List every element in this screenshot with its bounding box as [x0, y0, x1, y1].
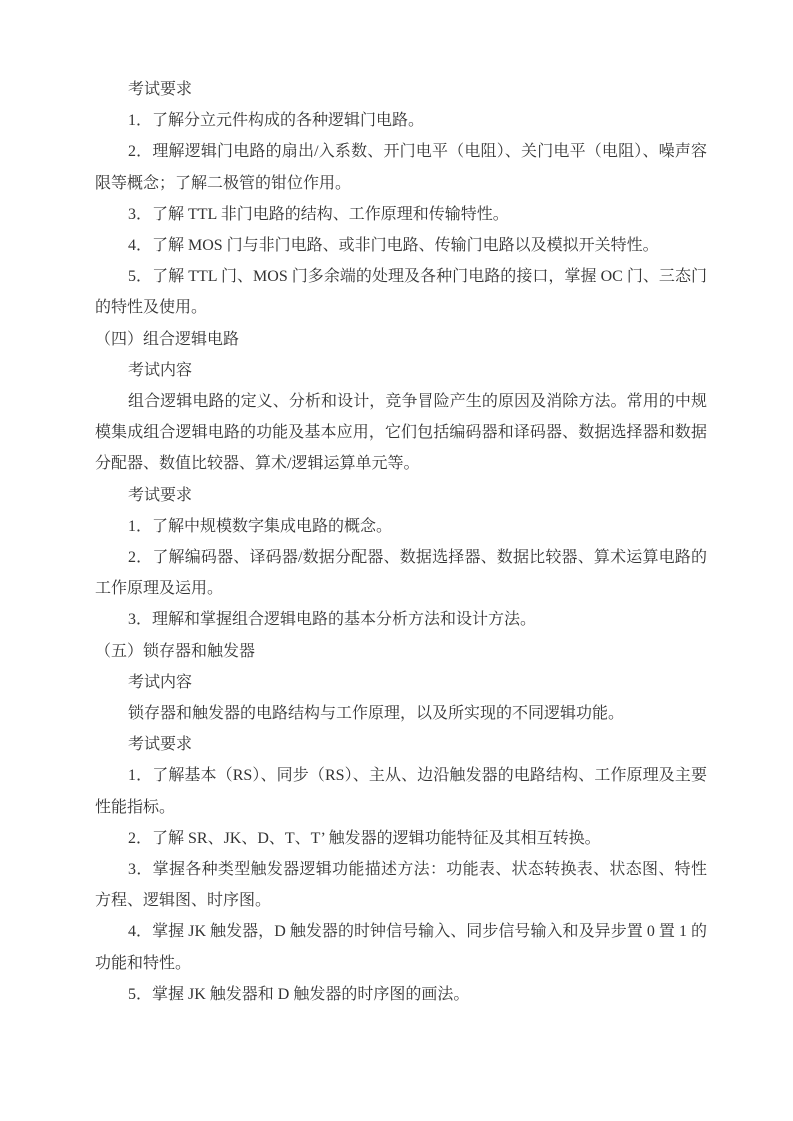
section-heading: （五）锁存器和触发器 — [95, 636, 707, 667]
exam-label: 考试要求 — [95, 480, 707, 511]
exam-label: 考试要求 — [95, 729, 707, 760]
list-item: 3．了解 TTL 非门电路的结构、工作原理和传输特性。 — [95, 199, 707, 230]
section-heading: （四）组合逻辑电路 — [95, 324, 707, 355]
exam-label: 考试内容 — [95, 667, 707, 698]
exam-label: 考试要求 — [95, 74, 707, 105]
list-item: 3．掌握各种类型触发器逻辑功能描述方法：功能表、状态转换表、状态图、特性方程、逻… — [95, 854, 707, 916]
body-paragraph: 锁存器和触发器的电路结构与工作原理，以及所实现的不同逻辑功能。 — [95, 698, 707, 729]
list-item: 1．了解基本（RS）、同步（RS）、主从、边沿触发器的电路结构、工作原理及主要性… — [95, 760, 707, 822]
list-item: 2．了解编码器、译码器/数据分配器、数据选择器、数据比较器、算术运算电路的工作原… — [95, 542, 707, 604]
list-item: 1．了解分立元件构成的各种逻辑门电路。 — [95, 105, 707, 136]
list-item: 2．理解逻辑门电路的扇出/入系数、开门电平（电阻）、关门电平（电阻）、噪声容限等… — [95, 136, 707, 198]
list-item: 4．掌握 JK 触发器，D 触发器的时钟信号输入、同步信号输入和及异步置 0 置… — [95, 916, 707, 978]
exam-label: 考试内容 — [95, 355, 707, 386]
list-item: 5．掌握 JK 触发器和 D 触发器的时序图的画法。 — [95, 979, 707, 1010]
list-item: 4．了解 MOS 门与非门电路、或非门电路、传输门电路以及模拟开关特性。 — [95, 230, 707, 261]
list-item: 3．理解和掌握组合逻辑电路的基本分析方法和设计方法。 — [95, 604, 707, 635]
list-item: 2．了解 SR、JK、D、T、T’ 触发器的逻辑功能特征及其相互转换。 — [95, 823, 707, 854]
list-item: 5．了解 TTL 门、MOS 门多余端的处理及各种门电路的接口，掌握 OC 门、… — [95, 261, 707, 323]
body-paragraph: 组合逻辑电路的定义、分析和设计，竞争冒险产生的原因及消除方法。常用的中规模集成组… — [95, 386, 707, 480]
document-page: 考试要求1．了解分立元件构成的各种逻辑门电路。2．理解逻辑门电路的扇出/入系数、… — [0, 0, 793, 1121]
list-item: 1．了解中规模数字集成电路的概念。 — [95, 511, 707, 542]
